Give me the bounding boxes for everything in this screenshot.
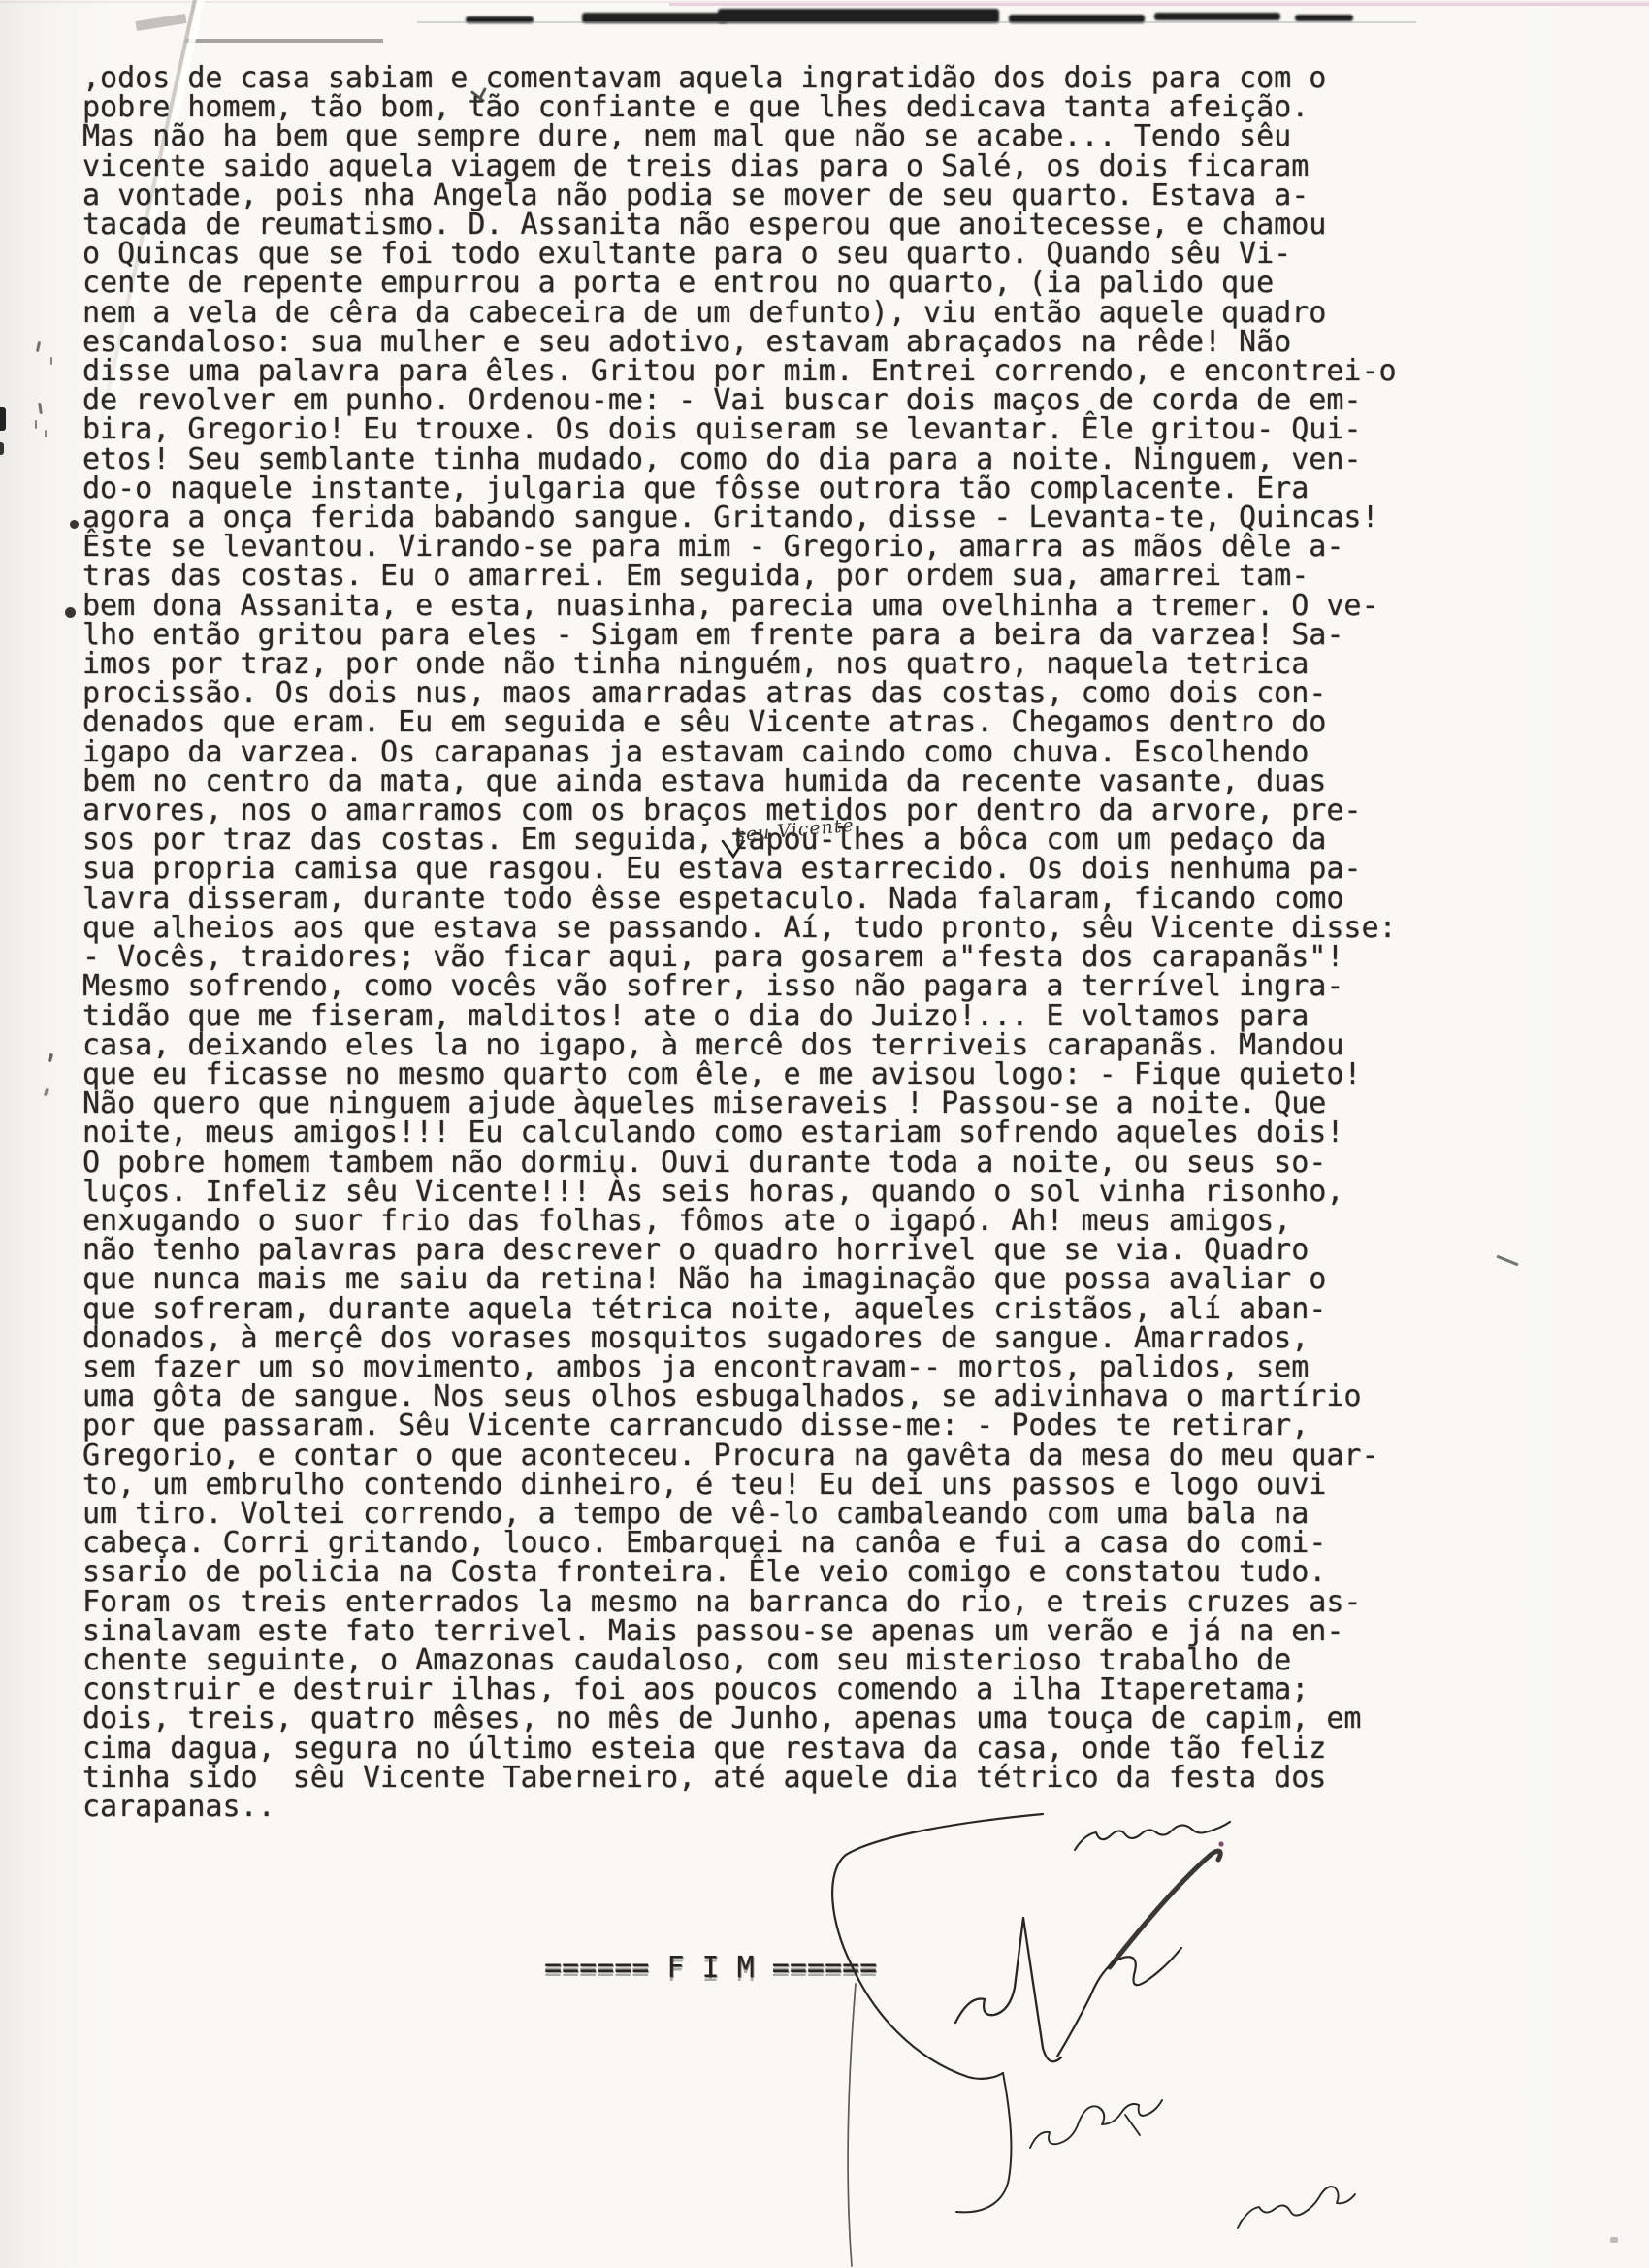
ink-speck — [48, 1053, 53, 1063]
insertion-caret-mark — [720, 840, 747, 863]
scanned-typewritten-page: ,odos de casa sabiam e comentavam aquela… — [0, 0, 1649, 2268]
scan-edge-artifact — [184, 39, 383, 43]
ink-speck — [50, 357, 52, 365]
fim-end-marker: ====== F I M ====== — [544, 1954, 877, 1983]
ink-speck — [1610, 2237, 1618, 2243]
scan-edge-artifact — [669, 3, 1649, 6]
scan-edge-artifact — [718, 9, 999, 23]
ink-speck — [0, 407, 6, 431]
scan-edge-artifact — [136, 14, 187, 31]
scan-edge-artifact — [1009, 15, 1145, 23]
scan-edge-artifact — [1295, 15, 1353, 21]
typed-body-text: ,odos de casa sabiam e comentavam aquela… — [82, 64, 1440, 1822]
scan-edge-artifact — [582, 13, 727, 23]
ink-speck — [38, 403, 43, 414]
scan-edge-artifact — [466, 16, 533, 23]
ink-speck — [70, 520, 79, 529]
ink-speck — [36, 341, 41, 352]
scan-edge-artifact — [1154, 13, 1280, 20]
scan-edge-artifact — [417, 21, 1416, 23]
scan-edge-artifact — [0, 1, 1649, 3]
ink-speck — [0, 442, 4, 455]
pen-tick-mark — [1496, 1255, 1518, 1267]
ink-speck — [45, 430, 47, 437]
ink-speck — [44, 1088, 48, 1097]
ink-speck — [35, 420, 37, 429]
ink-speck — [65, 607, 76, 618]
